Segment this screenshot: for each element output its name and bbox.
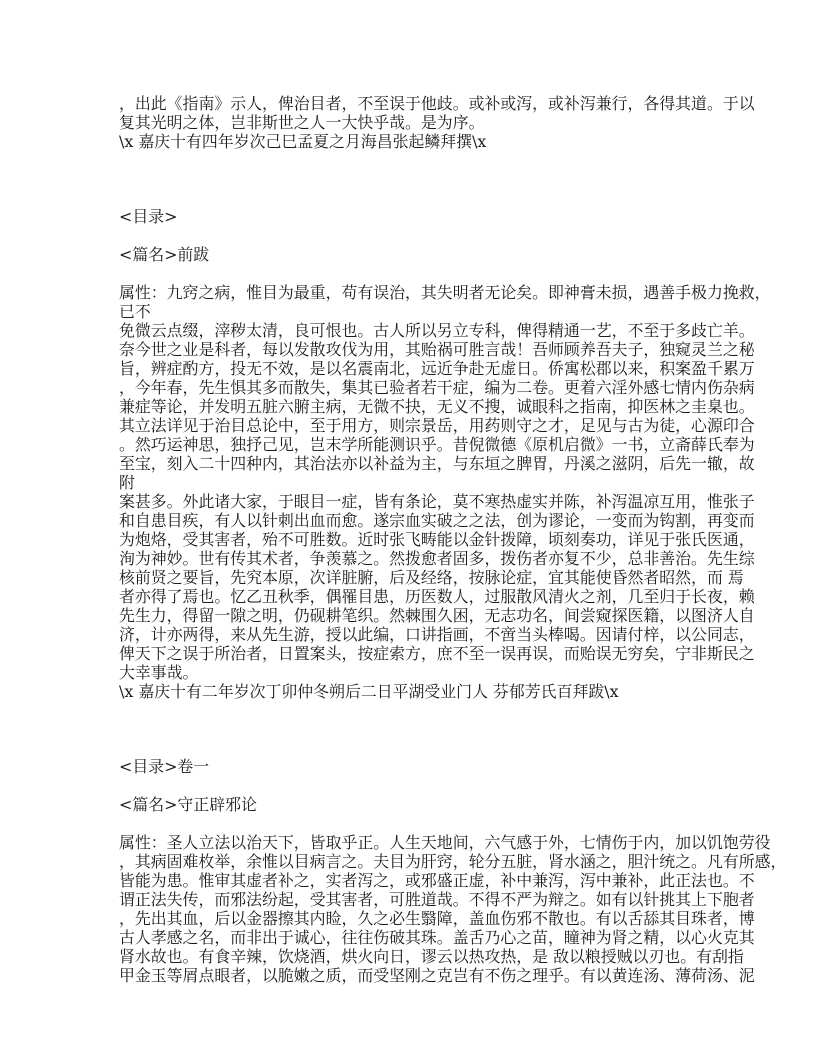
- text-line: 肾水故也。有食辛辣，饮烧酒，烘火向日，谬云以热攻热，是 敌以粮授贼以刃也。有刮指: [119, 947, 709, 966]
- text-line: 古人孝感之名，而非出于诚心，往往伤破其珠。盖舌乃心之苗，瞳神为肾之精，以心火克其: [119, 928, 709, 947]
- text-line: 济，计亦两得，来从先生游，授以此编，口讲指画，不啻当头棒喝。因请付梓，以公同志，: [119, 625, 709, 644]
- preface-tail: ，出此《指南》示人，俾治目者，不至误于他歧。或补或泻，或补泻兼行，各得其道。于以…: [119, 94, 709, 151]
- text-line: 者亦得了焉也。忆乙丑秋季，偶罹目患，历医数人，过服散风清火之剂，几至归于长夜，赖: [119, 587, 709, 606]
- section-body: 属性：圣人立法以治天下，皆取乎正。人生天地间，六气感于外，七情伤于内，加以饥饱劳…: [119, 833, 709, 985]
- section-body: 属性：九窍之病，惟目为最重，苟有误治，其失明者无论矣。即神膏未损，遇善手极力挽救…: [119, 283, 709, 701]
- text-line: ，先出其血，后以金器擦其内睑，久之必生翳障，盖血伤邪不散也。有以舌舔其目珠者，博: [119, 909, 709, 928]
- signature-line: \x 嘉庆十有二年岁次丁卯仲冬朔后二日平湖受业门人 芬郁芳氏百拜跋\x: [119, 682, 709, 701]
- signature-line: \x 嘉庆十有四年岁次己巳孟夏之月海昌张起鳞拜撰\x: [119, 132, 709, 151]
- text-line: 奈今世之业是科者，每以发散攻伐为用，其贻祸可胜言哉！吾师顾养吾夫子，独窥灵兰之秘: [119, 340, 709, 359]
- text-line: 至宝，刻入二十四种内，其治法亦以补益为主，与东垣之脾胃，丹溪之滋阴，后先一辙，故: [119, 454, 709, 473]
- text-line: 兼症等论，并发明五脏六腑主病，无微不抉，无义不搜，诚眼科之指南，抑医林之圭臬也。: [119, 397, 709, 416]
- text-line: 皆能为患。惟审其虚者补之，实者泻之，或邪盛正虚，补中兼泻，泻中兼补，此正法也。不: [119, 871, 709, 890]
- text-line: 已不: [119, 302, 709, 321]
- text-line: 旨，辨症酌方，投无不效，是以名震南北，远近争赴无虚日。侨寓松郡以来，积案盈千累万: [119, 359, 709, 378]
- text-line: 其立法详见于治目总论中，至于用方，则宗景岳，用药则守之才，足见与古为徒，心源印合: [119, 416, 709, 435]
- text-line: ，出此《指南》示人，俾治目者，不至误于他歧。或补或泻，或补泻兼行，各得其道。于以: [119, 94, 709, 113]
- text-line: 附: [119, 473, 709, 492]
- text-line: ，今年春，先生惧其多而散失，集其已验者若干症，编为二卷。更着六淫外感七情内伤杂病: [119, 378, 709, 397]
- text-line: 核前贤之要旨，先究本原，次详脏腑，后及经络，按脉论症，宜其能使昏然者昭然，而 焉: [119, 568, 709, 587]
- text-line: 大幸事哉。: [119, 663, 709, 682]
- text-line: 洵为神妙。世有传其术者，争羡慕之。然拨愈者固多，拨伤者亦复不少，总非善治。先生综: [119, 549, 709, 568]
- text-line: 复其光明之体，岂非斯世之人一大快乎哉。是为序。: [119, 113, 709, 132]
- text-line: 属性：圣人立法以治天下，皆取乎正。人生天地间，六气感于外，七情伤于内，加以饥饱劳…: [119, 833, 709, 852]
- text-line: 和自患目疾，有人以针刺出血而愈。遂宗血实破之之法，创为谬论，一变而为钩割，再变而: [119, 511, 709, 530]
- text-line: ，其病固难枚举，余惟以目病言之。夫目为肝窍，轮分五脏，肾水涵之，胆汁统之。凡有所…: [119, 852, 709, 871]
- text-line: 属性：九窍之病，惟目为最重，苟有误治，其失明者无论矣。即神膏未损，遇善手极力挽救…: [119, 283, 709, 302]
- text-line: 俾天下之误于所治者，日置案头，按症索方，庶不至一误再误，而贻误无穷矣，宁非斯民之: [119, 644, 709, 663]
- text-line: 甲金玉等屑点眼者，以脆嫩之质，而受坚刚之克岂有不伤之理乎。有以黄连汤、薄荷汤、泥: [119, 966, 709, 985]
- toc-label: <目录>: [119, 207, 709, 226]
- text-line: 案甚多。外此诸大家，于眼目一症，皆有条论，莫不寒热虚实并陈，补泻温凉互用，惟张子: [119, 492, 709, 511]
- text-line: 免微云点缀，滓秽太清，良可恨也。古人所以另立专科，俾得精通一艺，不至于多歧亡羊。: [119, 321, 709, 340]
- toc-label: <目录>卷一: [119, 757, 709, 776]
- text-line: 先生力，得留一隙之明，仍砚耕笔织。然棘围久困，无志功名，间尝窥探医籍，以图济人自: [119, 606, 709, 625]
- text-line: 。然巧运神思，独抒己见，岂末学所能测识乎。昔倪微德《原机启微》一书，立斋薛氏奉为: [119, 435, 709, 454]
- section-shouzheng-bixie: <目录>卷一 <篇名>守正辟邪论 属性：圣人立法以治天下，皆取乎正。人生天地间，…: [119, 757, 709, 985]
- section-qianba: <目录> <篇名>前跋 属性：九窍之病，惟目为最重，苟有误治，其失明者无论矣。即…: [119, 207, 709, 701]
- chapter-title: <篇名>守正辟邪论: [119, 795, 709, 814]
- text-line: 为炮烙，受其害者，殆不可胜数。近时张飞畴能以金针拨障，顷刻奏功，详见于张氏医通，: [119, 530, 709, 549]
- chapter-title: <篇名>前跋: [119, 245, 709, 264]
- text-line: 谓正法失传，而邪法纷起，受其害者，可胜道哉。不得不严为辩之。如有以针挑其上下胞者: [119, 890, 709, 909]
- document-page: ，出此《指南》示人，俾治目者，不至误于他歧。或补或泻，或补泻兼行，各得其道。于以…: [119, 94, 709, 985]
